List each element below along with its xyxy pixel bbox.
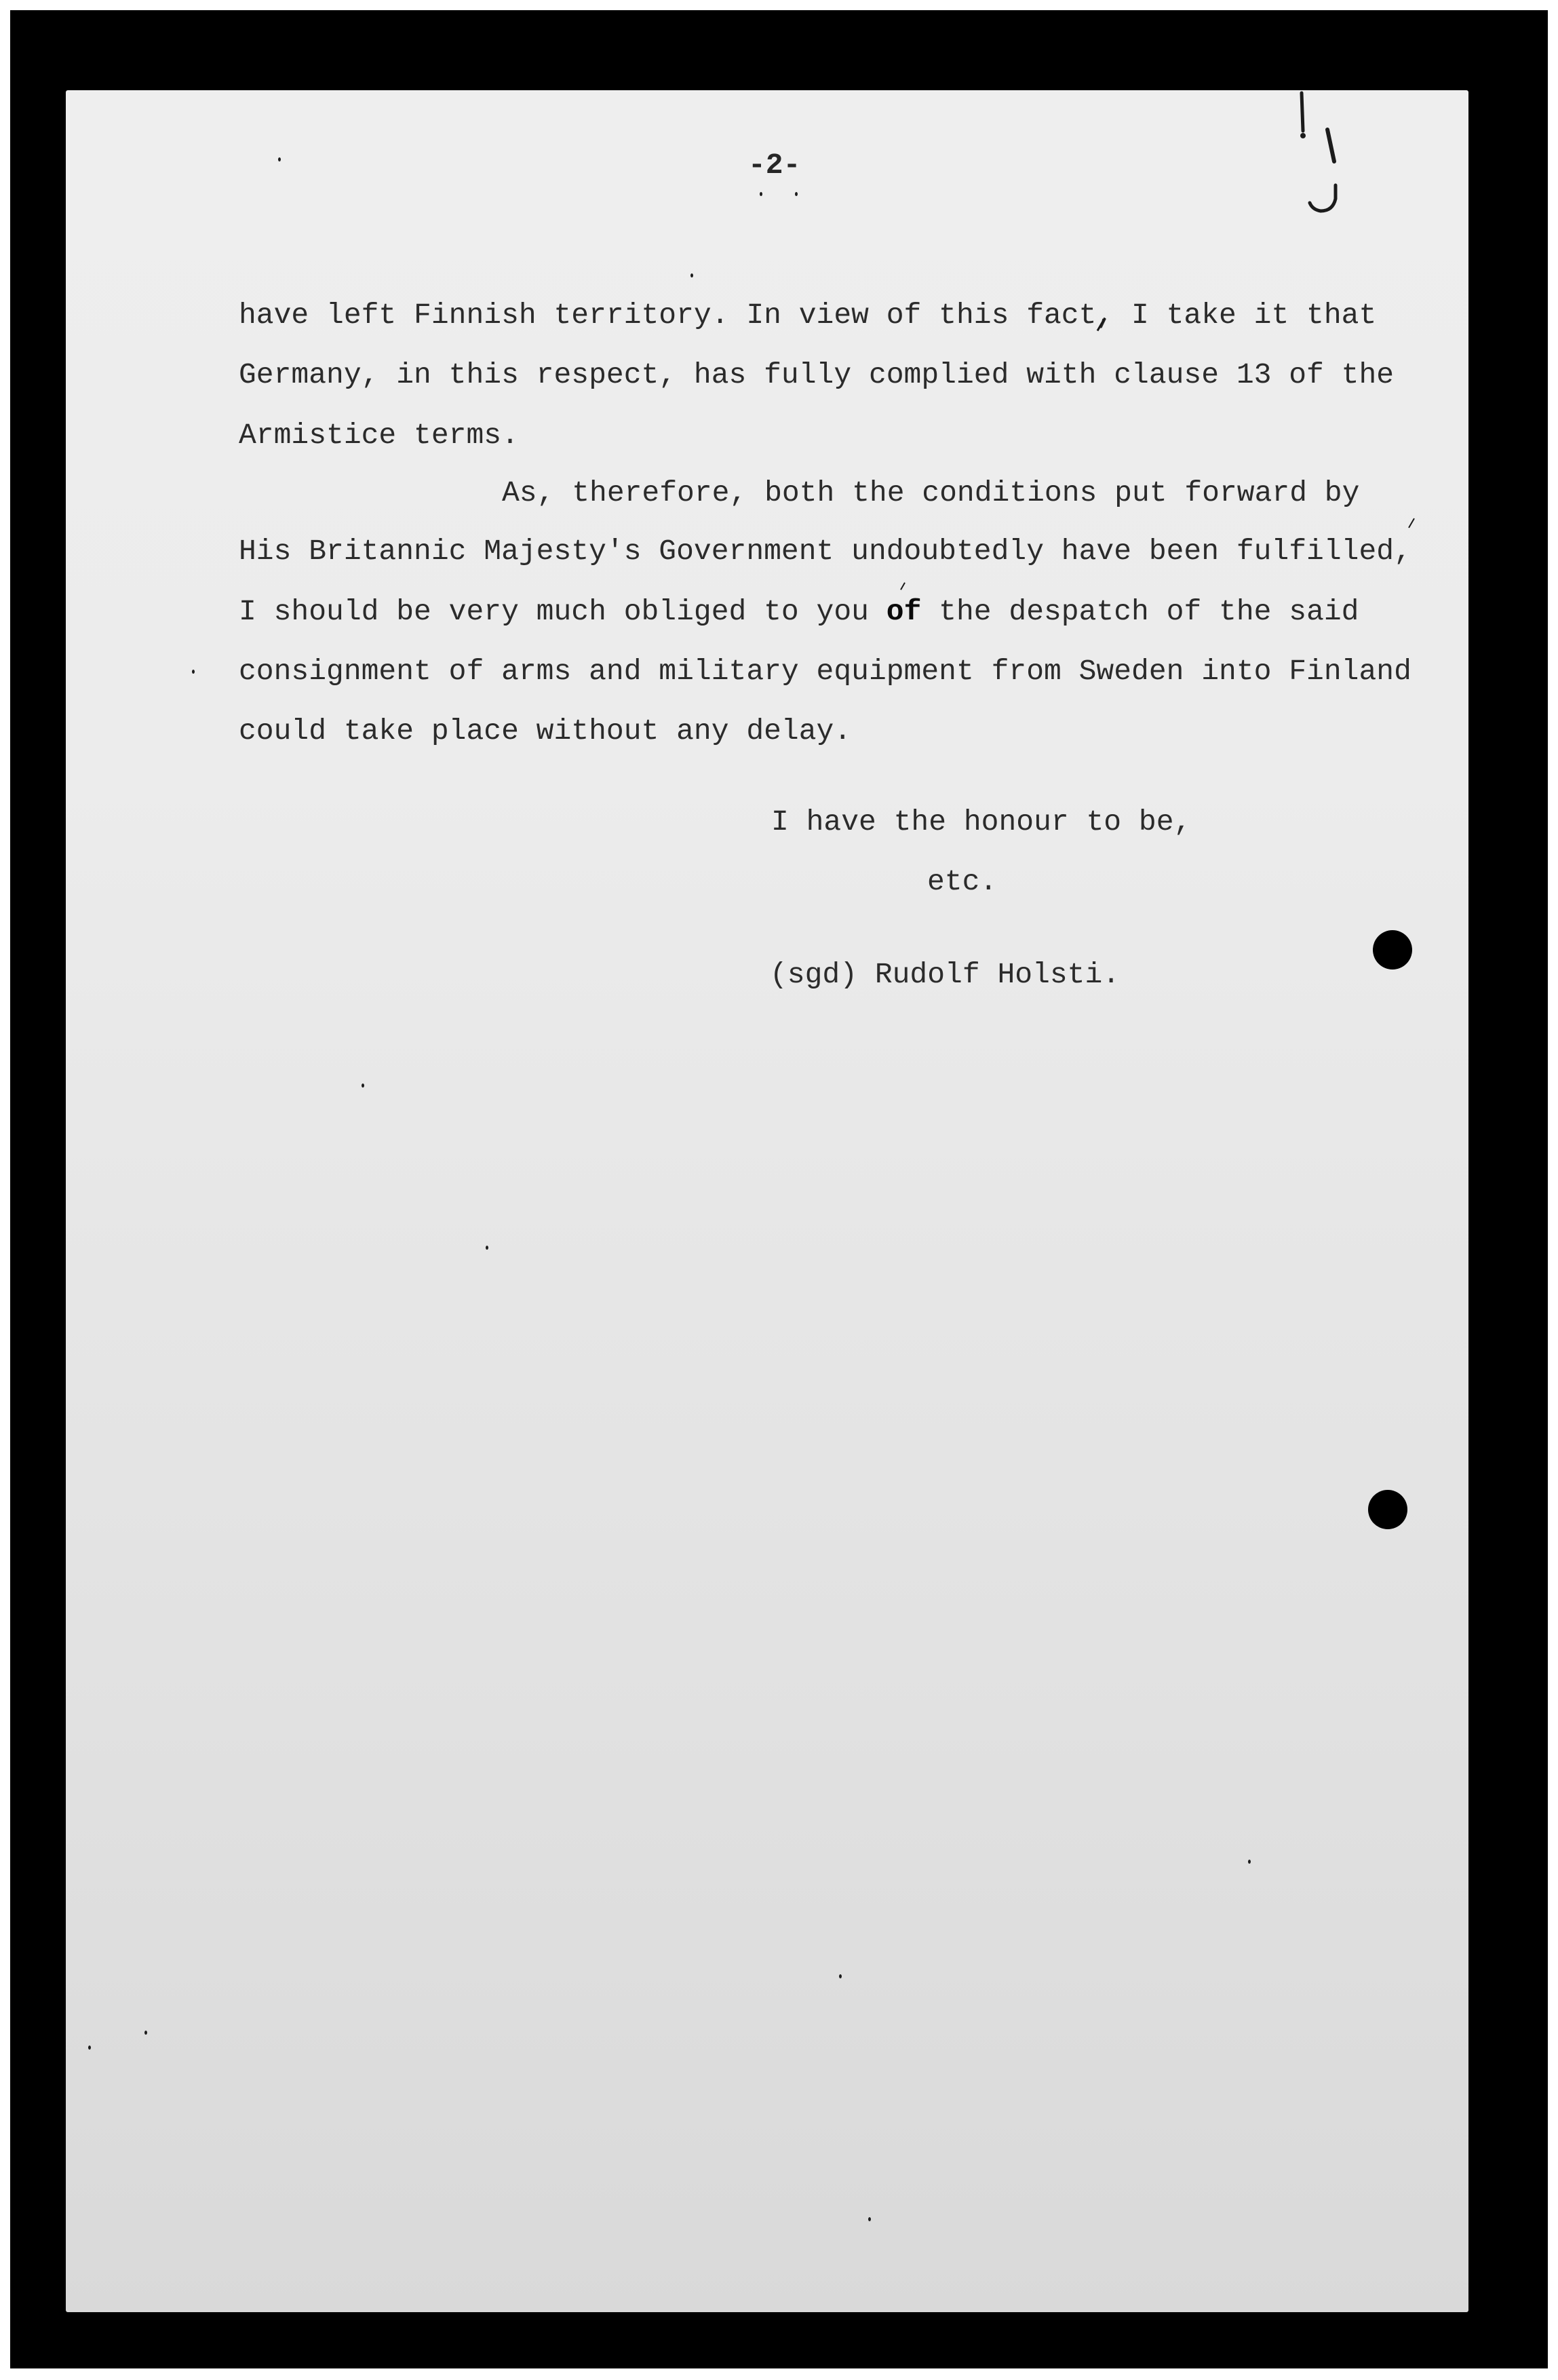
paper-speck (362, 1083, 364, 1088)
paragraph-2-line-3: I should be very much obliged to you of … (239, 597, 1359, 626)
paper-speck (278, 157, 281, 161)
paperclip-mark-icon (1292, 90, 1346, 219)
paragraph-2-line-3-start: I should be very much obliged to you (239, 595, 887, 628)
paper-speck (192, 670, 195, 674)
overstruck-word: of (887, 595, 922, 628)
signature-line: (sgd) Rudolf Holsti. (770, 960, 1120, 989)
paragraph-2-line-5: could take place without any delay. (239, 716, 851, 746)
paper-speck (868, 2217, 871, 2221)
paragraph-2-line-1: As, therefore, both the conditions put f… (502, 478, 1359, 507)
paper-speck (760, 192, 762, 196)
paragraph-1-line-3: Armistice terms. (239, 421, 519, 450)
paper-speck (88, 2046, 91, 2050)
closing-etc: etc. (927, 867, 997, 896)
page-number: -2- (748, 151, 800, 180)
paragraph-1-line-2: Germany, in this respect, has fully comp… (239, 360, 1394, 389)
paragraph-2-line-2: His Britannic Majesty's Government undou… (239, 537, 1411, 566)
paper-speck (795, 192, 798, 196)
paper-speck (1248, 1860, 1251, 1864)
paragraph-1-line-1: have left Finnish territory. In view of … (239, 301, 1376, 330)
paragraph-2-line-4: consignment of arms and military equipme… (239, 657, 1411, 686)
paragraph-2-line-3-end: the despatch of the said (921, 595, 1359, 628)
punch-hole-icon (1368, 1490, 1407, 1529)
closing-salutation: I have the honour to be, (771, 807, 1191, 837)
punch-hole-icon (1373, 930, 1412, 970)
paper-speck (486, 1246, 488, 1250)
paper-speck (144, 2031, 147, 2035)
paper-speck (690, 273, 693, 277)
paper-speck (839, 1974, 842, 1978)
